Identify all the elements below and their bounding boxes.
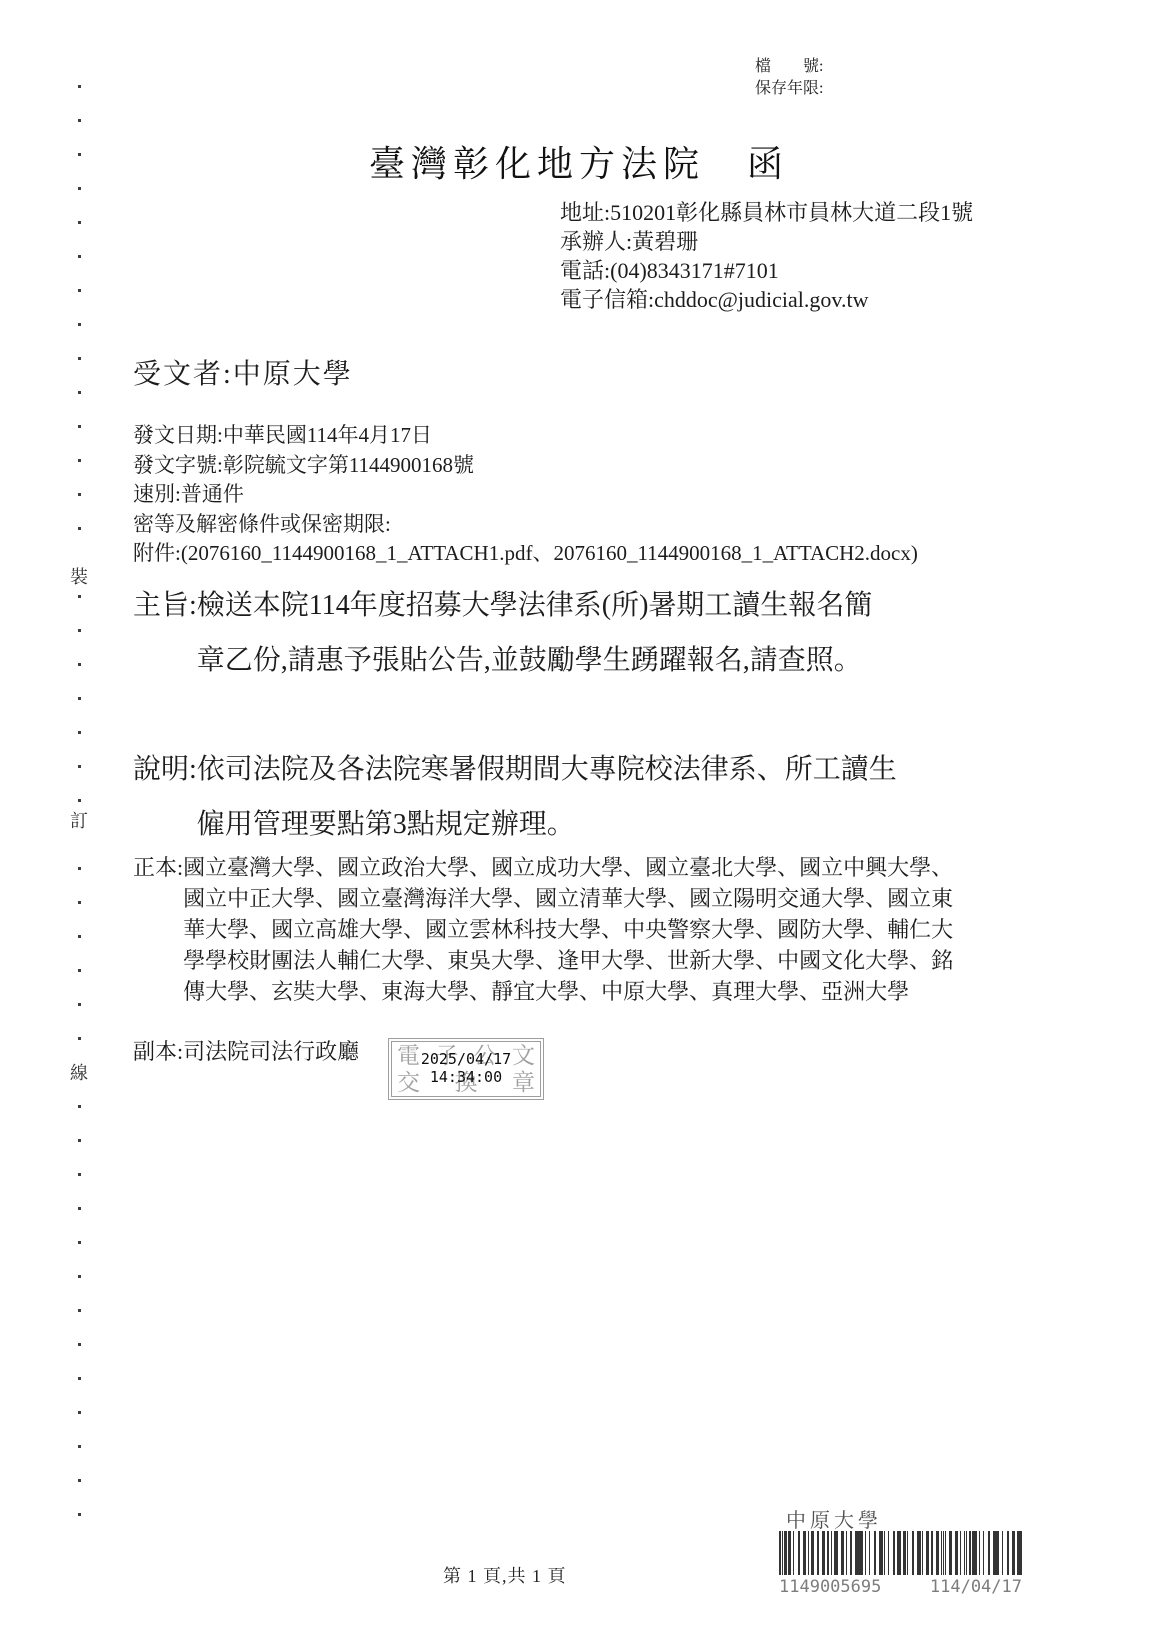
stamp-datetime: 2025/04/17 14:34:00 (392, 1050, 540, 1086)
cc-paragraph: 副本: 司法院司法行政廳 (133, 1036, 955, 1067)
sender-contact: 承辦人:黃碧珊 (560, 227, 975, 256)
subject-paragraph: 主旨: 檢送本院114年度招募大學法律系(所)暑期工讀生報名簡章乙份,請惠予張貼… (133, 578, 897, 688)
sender-info-block: 地址:510201彰化縣員林市員林大道二段1號 承辦人:黃碧珊 電話:(04)8… (560, 198, 975, 314)
barcode-caption: 1149005695 114/04/17 (779, 1577, 1022, 1597)
cc-label: 副本: (133, 1036, 183, 1067)
barcode-date: 114/04/17 (930, 1577, 1022, 1597)
issue-date: 發文日期:中華民國114年4月17日 (133, 421, 1043, 451)
binding-mark-xian: 線 (66, 1056, 92, 1088)
file-number-label: 檔 號: (755, 56, 823, 78)
attachment-line: 附件:(2076160_1144900168_1_ATTACH1.pdf、207… (133, 539, 1043, 569)
sender-address: 地址:510201彰化縣員林市員林大道二段1號 (560, 198, 975, 227)
original-recipients-list: 國立臺灣大學、國立政治大學、國立成功大學、國立臺北大學、國立中興大學、國立中正大… (183, 852, 955, 1007)
stamp-date: 2025/04/17 (392, 1050, 540, 1068)
explanation-label: 說明: (133, 742, 197, 797)
barcode (779, 1531, 1022, 1575)
original-recipients-label: 正本: (133, 852, 183, 883)
sender-phone: 電話:(04)8343171#7101 (560, 256, 975, 285)
security-class: 密等及解密條件或保密期限: (133, 510, 1043, 540)
document-title: 臺灣彰化地方法院 函 (0, 136, 1158, 187)
page-number: 第 1 頁,共 1 頁 (443, 1562, 567, 1588)
subject-label: 主旨: (133, 578, 197, 633)
cc-list: 司法院司法行政廳 (183, 1036, 955, 1067)
document-page: 裝 訂 線 檔 號: 保存年限: 臺灣彰化地方法院 函 地址:510201彰化縣… (0, 0, 1158, 1649)
explanation-paragraph: 說明: 依司法院及各法院寒暑假期間大專院校法律系、所工讀生僱用管理要點第3點規定… (133, 742, 897, 852)
retention-period-label: 保存年限: (755, 78, 823, 100)
recipient-line: 受文者:中原大學 (133, 352, 353, 392)
exchange-stamp: 電子公文 交換章 2025/04/17 14:34:00 (388, 1038, 544, 1100)
file-number-block: 檔 號: 保存年限: (755, 56, 823, 100)
subject-text: 檢送本院114年度招募大學法律系(所)暑期工讀生報名簡章乙份,請惠予張貼公告,並… (197, 578, 897, 688)
explanation-text: 依司法院及各法院寒暑假期間大專院校法律系、所工讀生僱用管理要點第3點規定辦理。 (197, 742, 897, 852)
speed-class: 速別:普通件 (133, 480, 1043, 510)
barcode-owner: 中原大學 (786, 1504, 882, 1533)
binding-mark-zhuang: 裝 (66, 560, 92, 592)
stamp-time: 14:34:00 (392, 1068, 540, 1086)
binding-mark-ding: 訂 (66, 804, 92, 836)
document-meta-block: 發文日期:中華民國114年4月17日 發文字號:彰院毓文字第1144900168… (133, 421, 1043, 569)
original-recipients-paragraph: 正本: 國立臺灣大學、國立政治大學、國立成功大學、國立臺北大學、國立中興大學、國… (133, 852, 955, 1007)
sender-email: 電子信箱:chddoc@judicial.gov.tw (560, 285, 975, 314)
barcode-number: 1149005695 (779, 1577, 881, 1597)
document-number: 發文字號:彰院毓文字第1144900168號 (133, 451, 1043, 481)
